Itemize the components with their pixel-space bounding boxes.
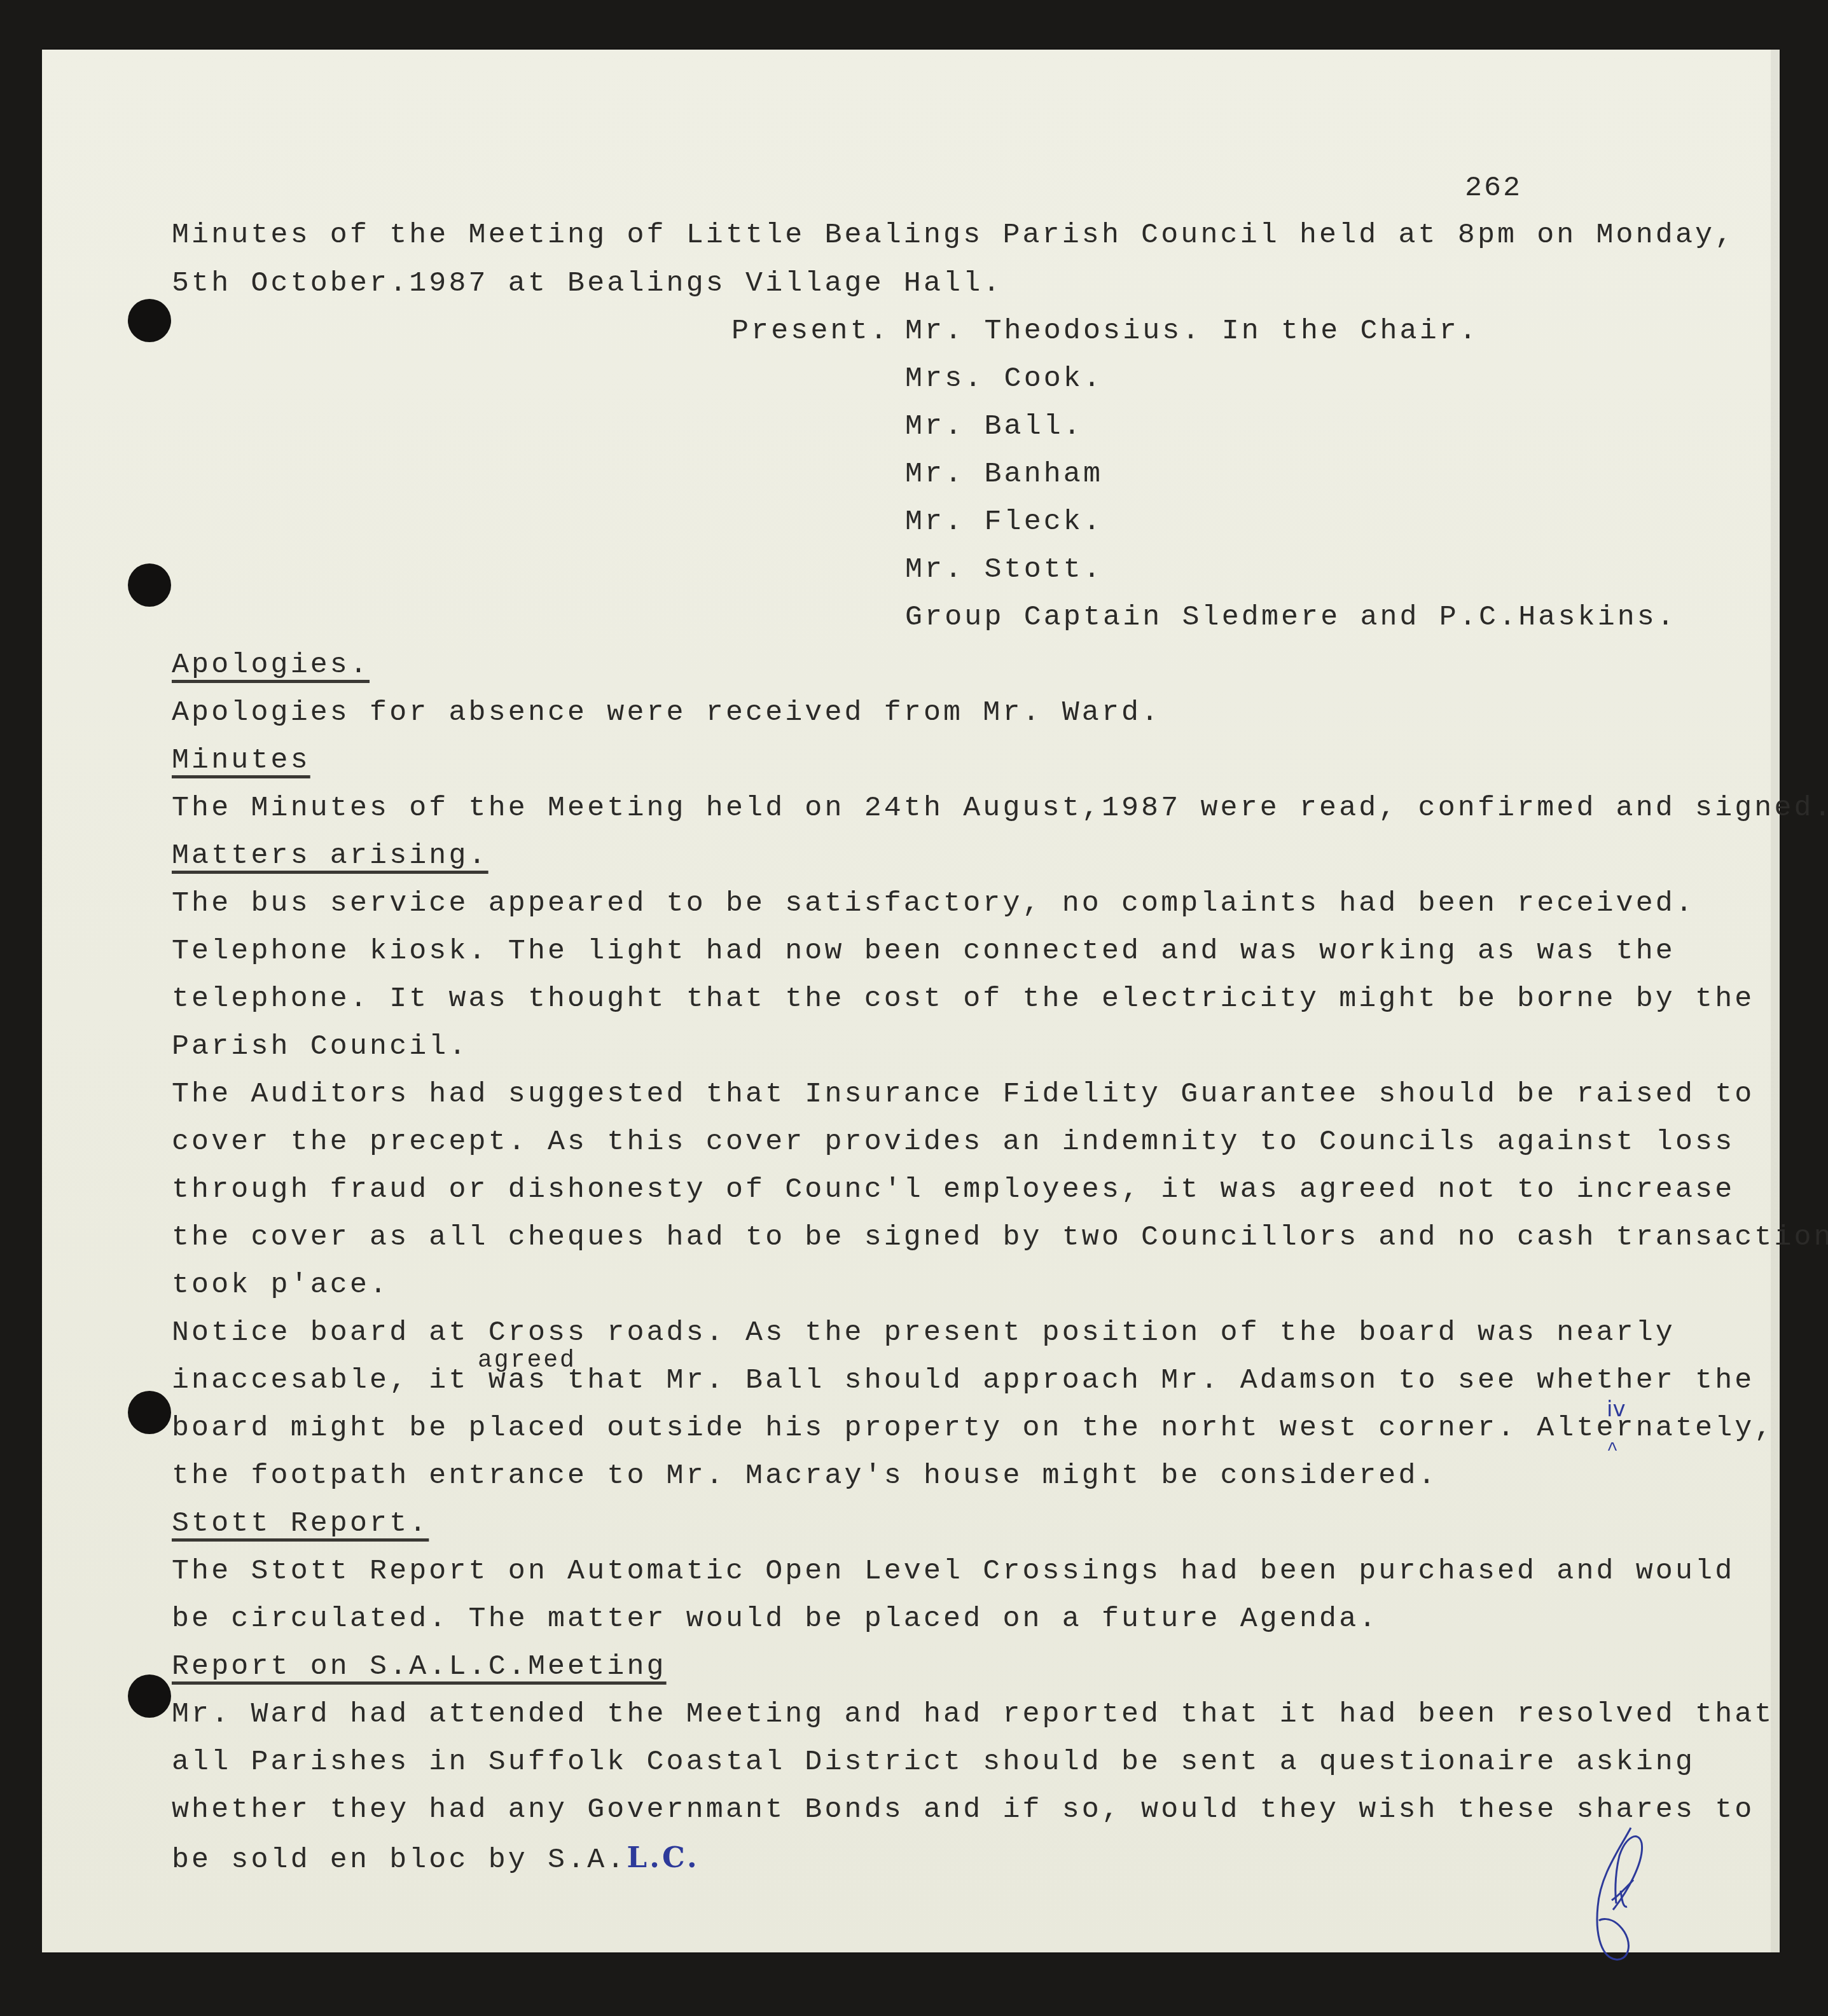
punch-hole xyxy=(128,1391,171,1434)
attendee: Mr. Theodosius. In the Chair. xyxy=(905,312,1479,350)
body-line: through fraud or dishonesty of Counc'l e… xyxy=(172,1171,1735,1209)
attendee: Mr. Banham xyxy=(905,455,1103,494)
body-line: be sold en bloc by S.A.L.C. xyxy=(172,1839,700,1879)
body-line: telephone. It was thought that the cost … xyxy=(172,980,1754,1018)
body-line: Mr. Ward had attended the Meeting and ha… xyxy=(172,1695,1774,1734)
section-heading-stott-report: Stott Report. xyxy=(172,1505,429,1543)
body-line: board might be placed outside his proper… xyxy=(172,1409,1774,1447)
attendee: Mr. Fleck. xyxy=(905,503,1103,541)
punch-hole xyxy=(128,299,171,342)
attendee: Mrs. Cook. xyxy=(905,360,1103,398)
section-heading-apologies: Apologies. xyxy=(172,646,370,684)
body-line: all Parishes in Suffolk Coastal District… xyxy=(172,1743,1695,1781)
present-label: Present. xyxy=(731,312,890,350)
title-line: 5th October.1987 at Bealings Village Hal… xyxy=(172,265,1002,303)
body-line: the footpath entrance to Mr. Macray's ho… xyxy=(172,1457,1438,1495)
section-heading-matters-arising: Matters arising. xyxy=(172,837,488,875)
document-page: 262 Minutes of the Meeting of Little Bea… xyxy=(42,50,1780,1952)
page-edge-shadow xyxy=(1771,50,1780,1952)
body-line: Apologies for absence were received from… xyxy=(172,694,1161,732)
body-line: Parish Council. xyxy=(172,1028,469,1066)
body-line: The Auditors had suggested that Insuranc… xyxy=(172,1075,1754,1114)
body-line: The bus service appeared to be satisfact… xyxy=(172,885,1695,923)
section-heading-minutes: Minutes xyxy=(172,742,310,780)
body-line: Notice board at Cross roads. As the pres… xyxy=(172,1314,1675,1352)
attendee: Mr. Ball. xyxy=(905,408,1083,446)
body-line: the cover as all cheques had to be signe… xyxy=(172,1219,1828,1257)
section-heading-salc-report: Report on S.A.L.C.Meeting xyxy=(172,1648,667,1686)
title-line: Minutes of the Meeting of Little Bealing… xyxy=(172,216,1735,254)
body-line: Telephone kiosk. The light had now been … xyxy=(172,932,1675,970)
body-line: took p'ace. xyxy=(172,1266,389,1304)
signature-icon xyxy=(1581,1824,1670,1970)
handwritten-correction: L.C. xyxy=(627,1840,699,1874)
body-line: whether they had any Governmant Bonds an… xyxy=(172,1791,1754,1829)
attendee: Mr. Stott. xyxy=(905,551,1103,589)
page-number: 262 xyxy=(1465,172,1522,204)
punch-hole xyxy=(128,563,171,607)
punch-hole xyxy=(128,1674,171,1718)
body-line: inaccesable, it was that Mr. Ball should… xyxy=(172,1362,1754,1400)
body-line: The Minutes of the Meeting held on 24th … xyxy=(172,789,1828,827)
body-line: cover the precept. As this cover provide… xyxy=(172,1123,1735,1161)
caret-icon: ^ xyxy=(1607,1439,1618,1461)
body-line: be circulated. The matter would be place… xyxy=(172,1600,1378,1638)
body-line: The Stott Report on Automatic Open Level… xyxy=(172,1552,1735,1591)
attendee: Group Captain Sledmere and P.C.Haskins. xyxy=(905,598,1677,637)
